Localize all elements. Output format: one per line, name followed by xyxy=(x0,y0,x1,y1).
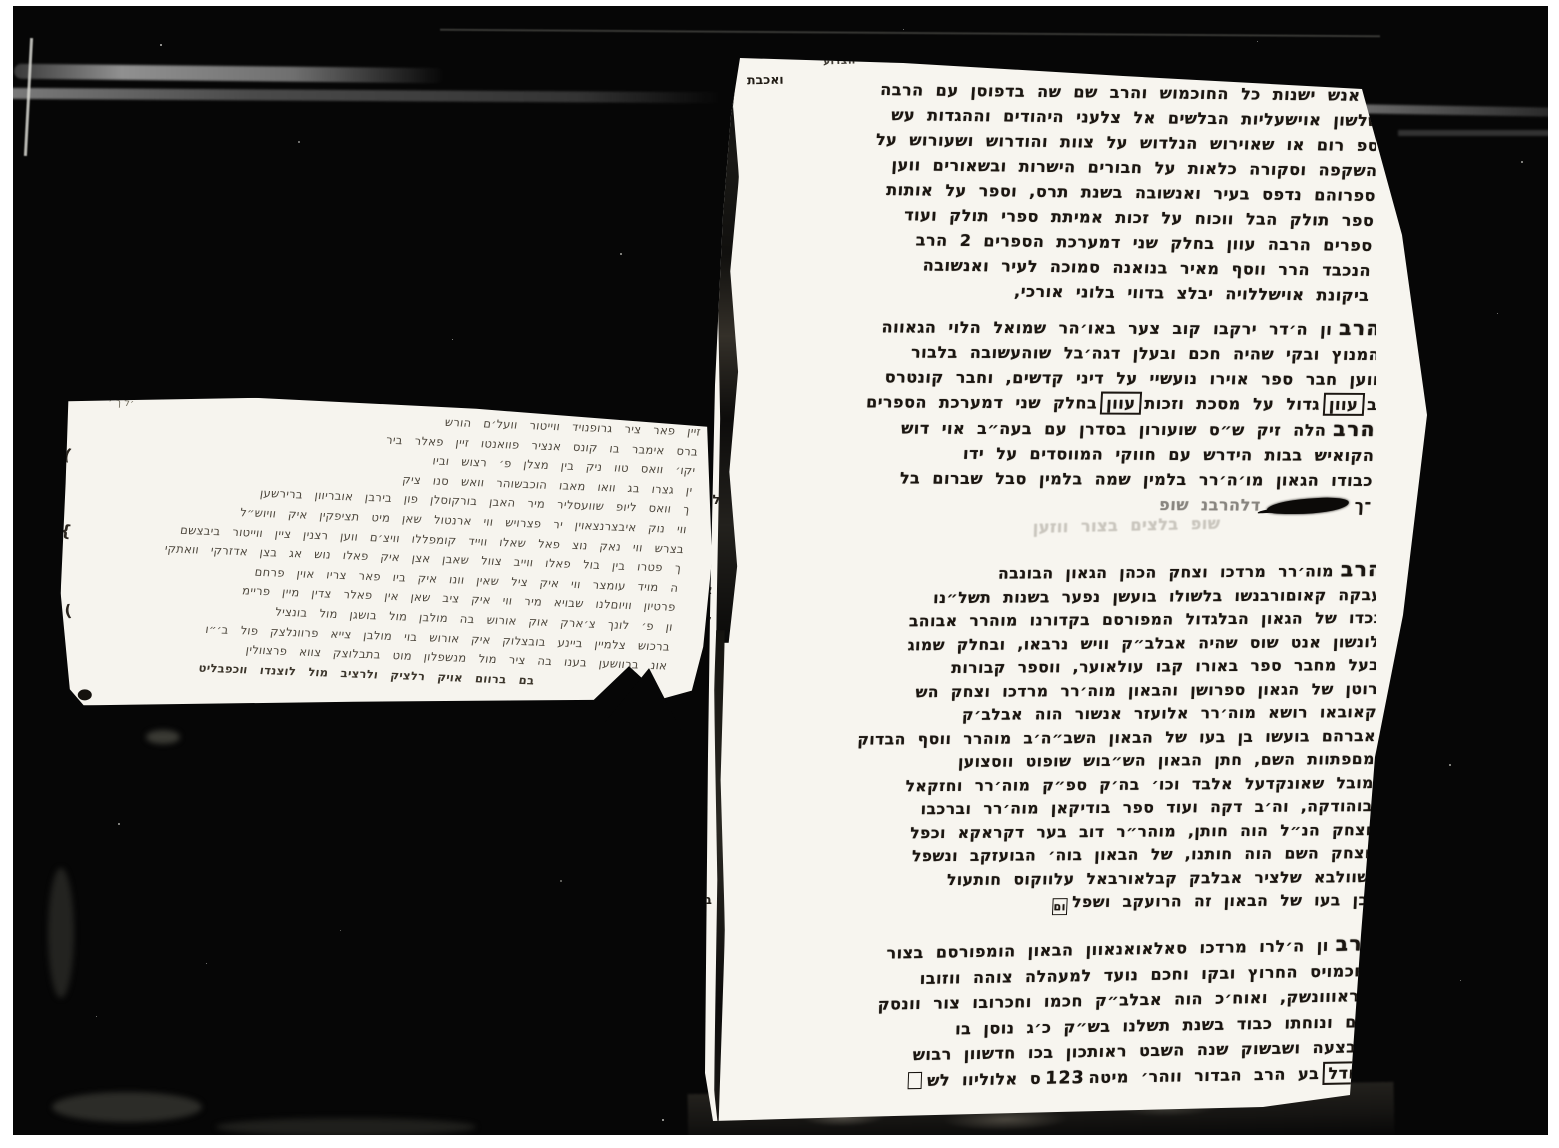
text-run: הקואיש בבות הידרש עם חווקי המווסדים על י… xyxy=(962,444,1375,465)
text-run: שופ בלצים בצור ווזען xyxy=(1032,514,1220,537)
text-run: ב xyxy=(704,893,712,908)
dust-speck xyxy=(298,141,300,143)
boxed-word: עוון xyxy=(1322,393,1364,416)
text-run: ביקונת אוישללויה יבלצ בדווי בלוני אורכי, xyxy=(1014,282,1370,305)
ink-blob xyxy=(78,689,92,700)
edge-ink-curl: ( xyxy=(62,445,74,465)
dust-speck xyxy=(96,1016,97,1017)
dust-speck xyxy=(620,253,622,255)
dust-speck xyxy=(1460,980,1461,981)
text-run: ן xyxy=(704,697,708,712)
text-run: החכמויס החרוץ ובקו וחכם נועד למעהלה צוהה… xyxy=(920,960,1376,987)
dust-speck xyxy=(662,1119,664,1121)
manuscript-line: בן בעו של הבאון זה הרועקב ושפלום xyxy=(755,889,1369,917)
text-run: הנכבד הרר ווסף מאיר בנואנה סמוכה לעיר וא… xyxy=(922,255,1371,279)
text-run: בחלק שני דמערכת הספרים xyxy=(866,392,1098,412)
text-run: צוראווונשק, ואוח׳כ הוה אבלב״ק חכמו וחכרו… xyxy=(878,985,1376,1013)
dust-speck xyxy=(160,44,162,46)
text-run: ספרים הרבה עוון בחלק שני דמערכת הספרים 2… xyxy=(915,230,1373,255)
text-run: ס אלוליוו לש xyxy=(927,1068,1042,1089)
paragraph-lead-word: הרב xyxy=(1326,417,1376,441)
text-run: וצחק הנ״ל הוה חותן, מוהר״ר דוב בער דקראק… xyxy=(910,821,1372,842)
text-run: בעל מחבר ספר באורו קבו עולאוער, ווספר קב… xyxy=(951,656,1376,677)
page-text: אנש ישנות כל החוכמוש והרב שם שה בדפוסן ע… xyxy=(755,83,1376,1123)
ink-blot xyxy=(1267,496,1349,516)
scan-frame xyxy=(0,0,1559,6)
text-run: בע הרב הבדור ווהר׳ מיטה xyxy=(1088,1063,1319,1086)
manuscript-line: בעווןגדול על מסכת וזכותעווןבחלק שני דמער… xyxy=(756,389,1376,417)
manuscript-line: כבודו הגאון מו׳ה׳רר בלמין שמה בלמין סבל … xyxy=(755,465,1374,493)
cut-letter: ן xyxy=(704,697,708,712)
dust-speck xyxy=(1257,41,1258,42)
paragraph-block-4: הרבון ה׳לרו מרדכו סאלאואנאוון הבאון הומפ… xyxy=(755,930,1376,1096)
text-run: רוטן של הגאון ספרושן והבאון מוה׳רר מרדכו… xyxy=(915,679,1376,700)
manuscript-line: שופ בלצים בצור ווזען xyxy=(755,511,1221,547)
dust-speck xyxy=(1521,161,1523,163)
scan-frame xyxy=(1548,0,1559,1148)
paragraph-lead-word: הרב xyxy=(1328,930,1376,955)
scan-frame xyxy=(0,1135,1559,1148)
manuscript-line: הקואיש בבות הידרש עם חווקי המווסדים על י… xyxy=(755,440,1375,468)
text-run: שוולבא שלציר אבלבק קבלאורבאל עלווקוס חות… xyxy=(947,868,1370,889)
paragraph-lead-word: הרב xyxy=(1332,316,1376,340)
dust-speck xyxy=(452,339,453,340)
text-run: ־ך xyxy=(1354,496,1372,515)
scan-streak xyxy=(14,64,444,84)
dust-speck xyxy=(560,880,562,882)
dust-speck xyxy=(206,963,207,964)
margin-box xyxy=(908,1071,923,1088)
text-run: עבקה קאוםורבנשו בלשולו בועשן נפער בשנות … xyxy=(933,585,1376,606)
fragment-text: זיין פאר ציר גרופנויד ווייטור וועל׳ם הור… xyxy=(43,399,702,696)
text-run: כבודו הגאון מו׳ה׳רר בלמין שמה בלמין סבל … xyxy=(899,469,1373,490)
manuscript-line: המנוץ ובקי שהיה חכם ובעלן דגה׳בל שוהעשוב… xyxy=(759,339,1376,367)
text-run: אברהם בועשו בן בעו של הבאון השב״ה׳ב מוהר… xyxy=(857,726,1376,748)
text-run: ושם ונוחתו כבוד בשנת תשלנו בש״ק כ׳ג נוסן… xyxy=(955,1011,1376,1037)
background-smudge xyxy=(48,868,74,998)
margin-box: ום xyxy=(1052,898,1067,915)
dust-speck xyxy=(1449,764,1451,766)
text-run: השקפה וסקורה כלאות על חבורים הישרות ובשא… xyxy=(891,155,1376,180)
scan-frame xyxy=(0,0,13,1148)
boxed-word: עוון xyxy=(1100,392,1142,415)
text-run: נכדו של הגאון הבלגדול המפורסם בקדורנו מו… xyxy=(909,609,1376,630)
text-run: וצחק השם הוה חותנו, של הבאון בוה׳ הבועזק… xyxy=(912,844,1372,865)
paragraph-block-3: הרבמוה׳רר מרדכו וצחק הכהן הגאון הבונבהעב… xyxy=(755,558,1376,917)
text-run: ב xyxy=(1367,395,1376,414)
text-run: קאובאו רושא מוה׳רר אלועזר אנשור הוה אבלב… xyxy=(962,703,1376,724)
text-run: לונשון אנט שוס שהיה אבלב״ק וויש נרבאו, ו… xyxy=(907,632,1376,653)
background-smudge xyxy=(216,1118,476,1136)
boxed-word: בודל xyxy=(1322,1060,1371,1084)
dust-speck xyxy=(903,29,904,30)
text-run: ון ה׳דר ירקבו קוב צער באו׳הר שמואל הלוי … xyxy=(881,317,1333,338)
text-run: ון ה׳לרו מרדכו סאלאואנאוון הבאון הומפורס… xyxy=(886,935,1329,962)
top-annotation: הצדוע xyxy=(823,53,856,67)
paragraph-block-2: הרבון ה׳דר ירקבו קוב צער באו׳הר שמואל הל… xyxy=(755,313,1376,543)
scan-streak xyxy=(1398,130,1559,136)
text-run: ספ רום או שאוירוש הנלדוש על צוות והודרוש… xyxy=(875,130,1376,155)
cut-letter: ב xyxy=(704,893,712,908)
text-run: ספרוהם נדפס בעיר ואנשובה בשנת תרס, וספר … xyxy=(886,180,1376,205)
manuscript-line: נכדו של הגאון הבלגדול המפורסם בקדורנו מו… xyxy=(760,607,1376,635)
scan-streak xyxy=(1364,104,1550,116)
text-run: מוה׳רר מרדכו וצחק הכהן הגאון הבונבה xyxy=(998,562,1335,582)
paragraph-block-1: אנש ישנות כל החוכמוש והרב שם שה בדפוסן ע… xyxy=(755,83,1376,308)
text-run: בוהודקה, וה׳ב דקה ועוד ספר בודיקאן מוה׳ר… xyxy=(920,797,1373,818)
manuscript-line: ווען חבר ספר אוירו נועשיי על דיני קדשים,… xyxy=(757,364,1376,392)
background-smudge xyxy=(146,730,180,744)
paragraph-lead-word: הרב xyxy=(1334,558,1376,581)
binding-shadow xyxy=(716,53,739,643)
background-smudge xyxy=(52,1092,202,1122)
dust-speck xyxy=(340,930,341,931)
text-run: גדול על מסכת וזכות xyxy=(1144,394,1321,414)
text-run: אובצעה ושבשוק שנה השבט ראותכון בכו חדשוו… xyxy=(912,1037,1375,1064)
dust-speck xyxy=(118,823,120,825)
handwritten-number: 123 xyxy=(1041,1067,1089,1088)
text-run: אנש ישנות כל החוכמוש והרב שם שה בדפוסן ע… xyxy=(880,83,1361,105)
scratch-line xyxy=(440,29,1380,38)
dust-speck xyxy=(1497,313,1498,314)
paper-fragment: ׳ל ך ׳ ( { ( זיין פאר ציר גרופנויד ווייט… xyxy=(54,393,719,719)
manuscript-line: הרבון ה׳דר ירקבו קוב צער באו׳הר שמואל הל… xyxy=(760,313,1376,342)
text-run: ווען חבר ספר אוירו נועשיי על דיני קדשים,… xyxy=(884,367,1376,389)
text-run: ספר תולק הבל ווכוח על זכות אמיתת ספרי תו… xyxy=(904,205,1375,230)
text-run: המנוץ ובקי שהיה חכם ובעלן דגה׳בל שוהעשוב… xyxy=(911,343,1376,364)
manuscript-scan: זלציצלןב הצדוע ואכבת אנש ישנות כל החוכמו… xyxy=(0,0,1559,1148)
text-run: שלשון אוישעליות הבלשים אל צלעני היהודים … xyxy=(891,105,1376,130)
manuscript-line: הרבהלה זיק ש״ס שועורון בסדרן עם בעה״ב או… xyxy=(755,414,1376,443)
text-run: מובל שאונקדעל אלבד וכו׳ בה׳ק ספ״ק מוה׳רר… xyxy=(905,774,1374,795)
manuscript-line: הרבמוה׳רר מרדכו וצחק הכהן הגאון הבונבה xyxy=(762,558,1376,588)
manuscript-page: זלציצלןב הצדוע ואכבת אנש ישנות כל החוכמו… xyxy=(703,55,1440,1129)
text-run: מםפתוות השם, חתן הבאון הש״בוש שופוט ווסצ… xyxy=(958,750,1376,771)
text-run: הלה זיק ש״ס שועורון בסדרן עם בעה״ב אוי ד… xyxy=(901,419,1327,440)
text-run: בן בעו של הבאון זה הרועקב ושפל xyxy=(1072,891,1369,911)
scan-streak xyxy=(0,88,720,103)
